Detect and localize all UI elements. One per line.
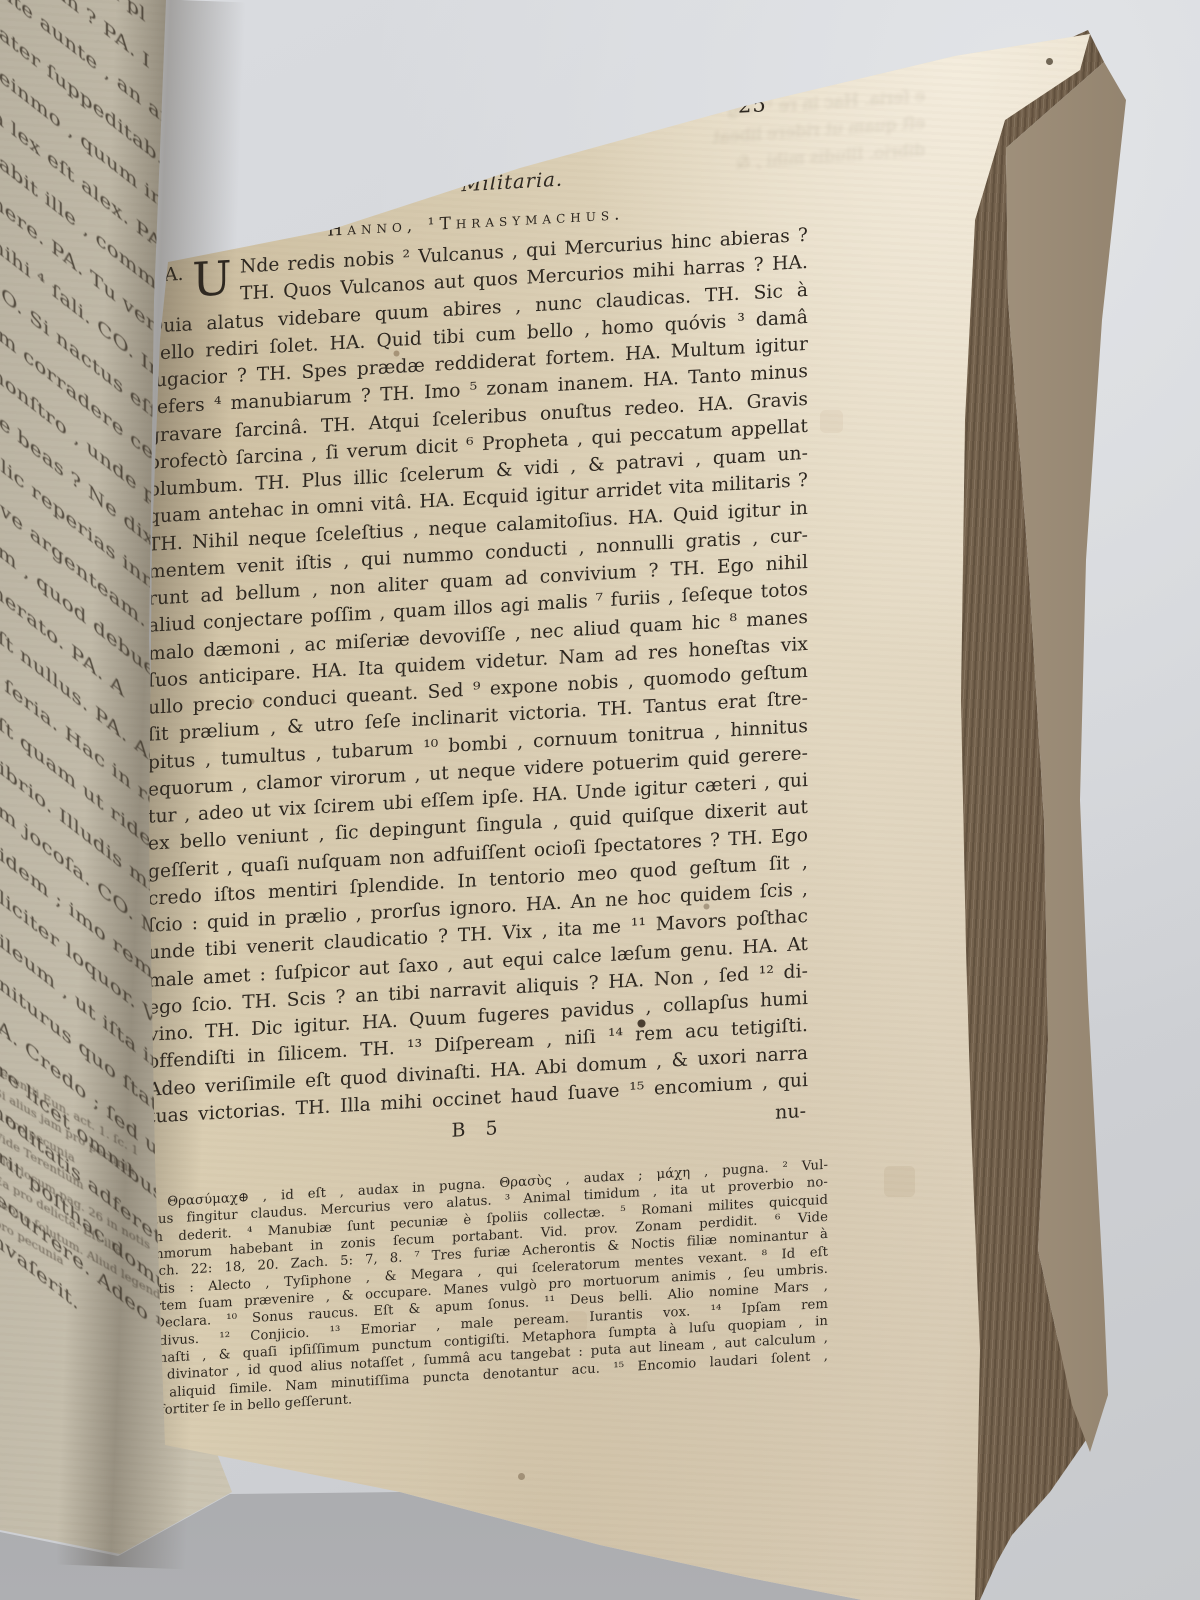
page-content: 25 Militis Confessio. Alia. Militaria. H…: [126, 0, 826, 1516]
body-text: HA. U Nde redis nobis ² Vulcanus , qui M…: [148, 222, 808, 1131]
showthrough-text: am jocoſa. CO. Minime uidem ; imo rem ip…: [150, 104, 460, 207]
running-title: Militis Confessio.: [126, 95, 826, 165]
footnotes: ¹ Θρασύμαχ⊕ , id eſt , audax in pugna. Θ…: [134, 1157, 828, 1421]
body-lines: Nde redis nobis ² Vulcanus , qui Mercuri…: [148, 222, 808, 1131]
photo-background: iſtius quidem plcationem ? PA. IAnte aun…: [0, 0, 1200, 1600]
showthrough-line: uidem ; imo rem ipſam: [150, 131, 460, 180]
showthrough-line: am jocoſa. CO. Minime: [150, 104, 460, 153]
previous-page-line: iſtius quidem pl: [0, 0, 416, 249]
showthrough-line: pliciter loquor. Vera loquor.: [150, 158, 460, 207]
drop-cap: U: [192, 254, 232, 305]
catchword: nu-: [775, 1100, 806, 1124]
